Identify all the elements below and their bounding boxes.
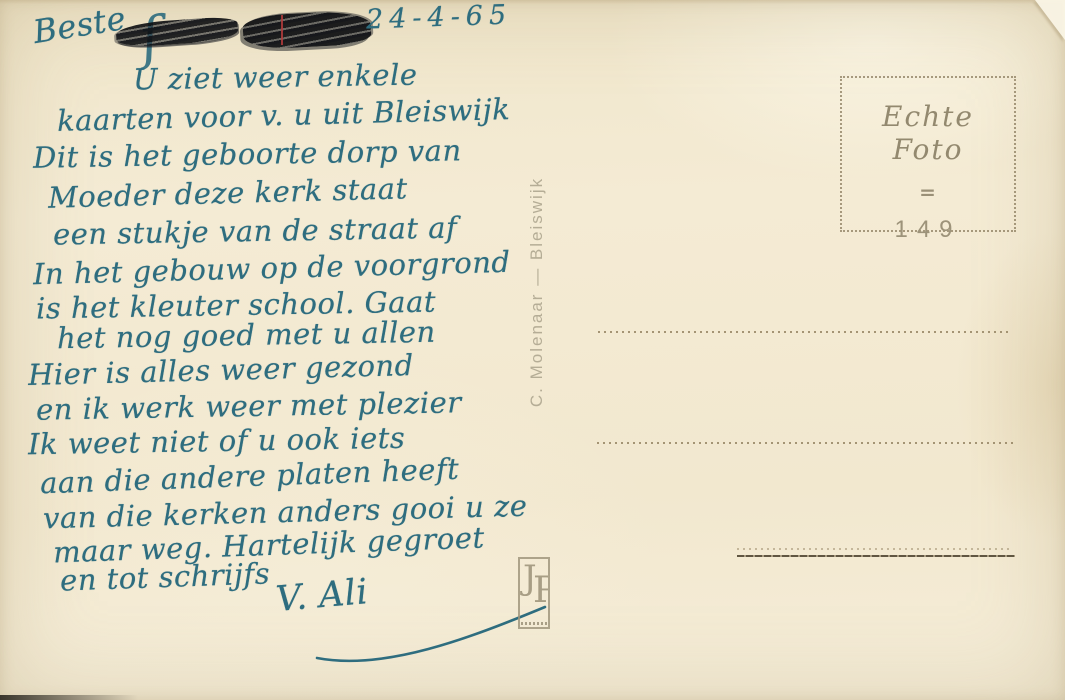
monogram-bottom-text [521,622,547,625]
greeting-word: Beste [31,0,129,51]
date-written: 24-4-65 [366,0,513,36]
stamp-box-number: 149 [842,216,1014,244]
message-line: Dit is het geboorte dorp van [33,133,462,174]
address-line-3-dark [737,555,1015,557]
message-line: kaarten voor v. u uit Bleiswijk [57,92,511,138]
message-line: een stukje van de straat af [53,210,458,251]
redaction-red-mark [281,15,283,45]
paper-top-edge [0,0,1065,4]
message-line: U ziet weer enkele [133,58,418,97]
scribbled-out-name [115,16,238,48]
message-line: Moeder deze kerk staat [48,171,408,214]
stamp-box: Echte Foto = 149 [840,76,1016,232]
address-line-3 [737,548,1010,550]
postcard-back: Beste f 24-4-65 U ziet weer enkele kaart… [0,0,1065,700]
publisher-monogram-stamp: J P [518,557,550,629]
stamp-box-separator: = [842,180,1014,204]
corner-fold [1035,0,1065,40]
scribbled-out-name-part2 [242,10,372,51]
paper-bottom-edge [0,695,138,700]
publisher-imprint-vertical: C. Molenaar — Bleiswijk [527,132,547,452]
stamp-box-title: Echte Foto [842,100,1014,166]
address-line-1 [598,331,1012,333]
address-line-2 [597,442,1015,444]
message-line: In het gebouw op de voorgrond [33,245,511,291]
message-line: en tot schrijfs [59,556,270,597]
monogram-letter-p: P [533,573,550,609]
